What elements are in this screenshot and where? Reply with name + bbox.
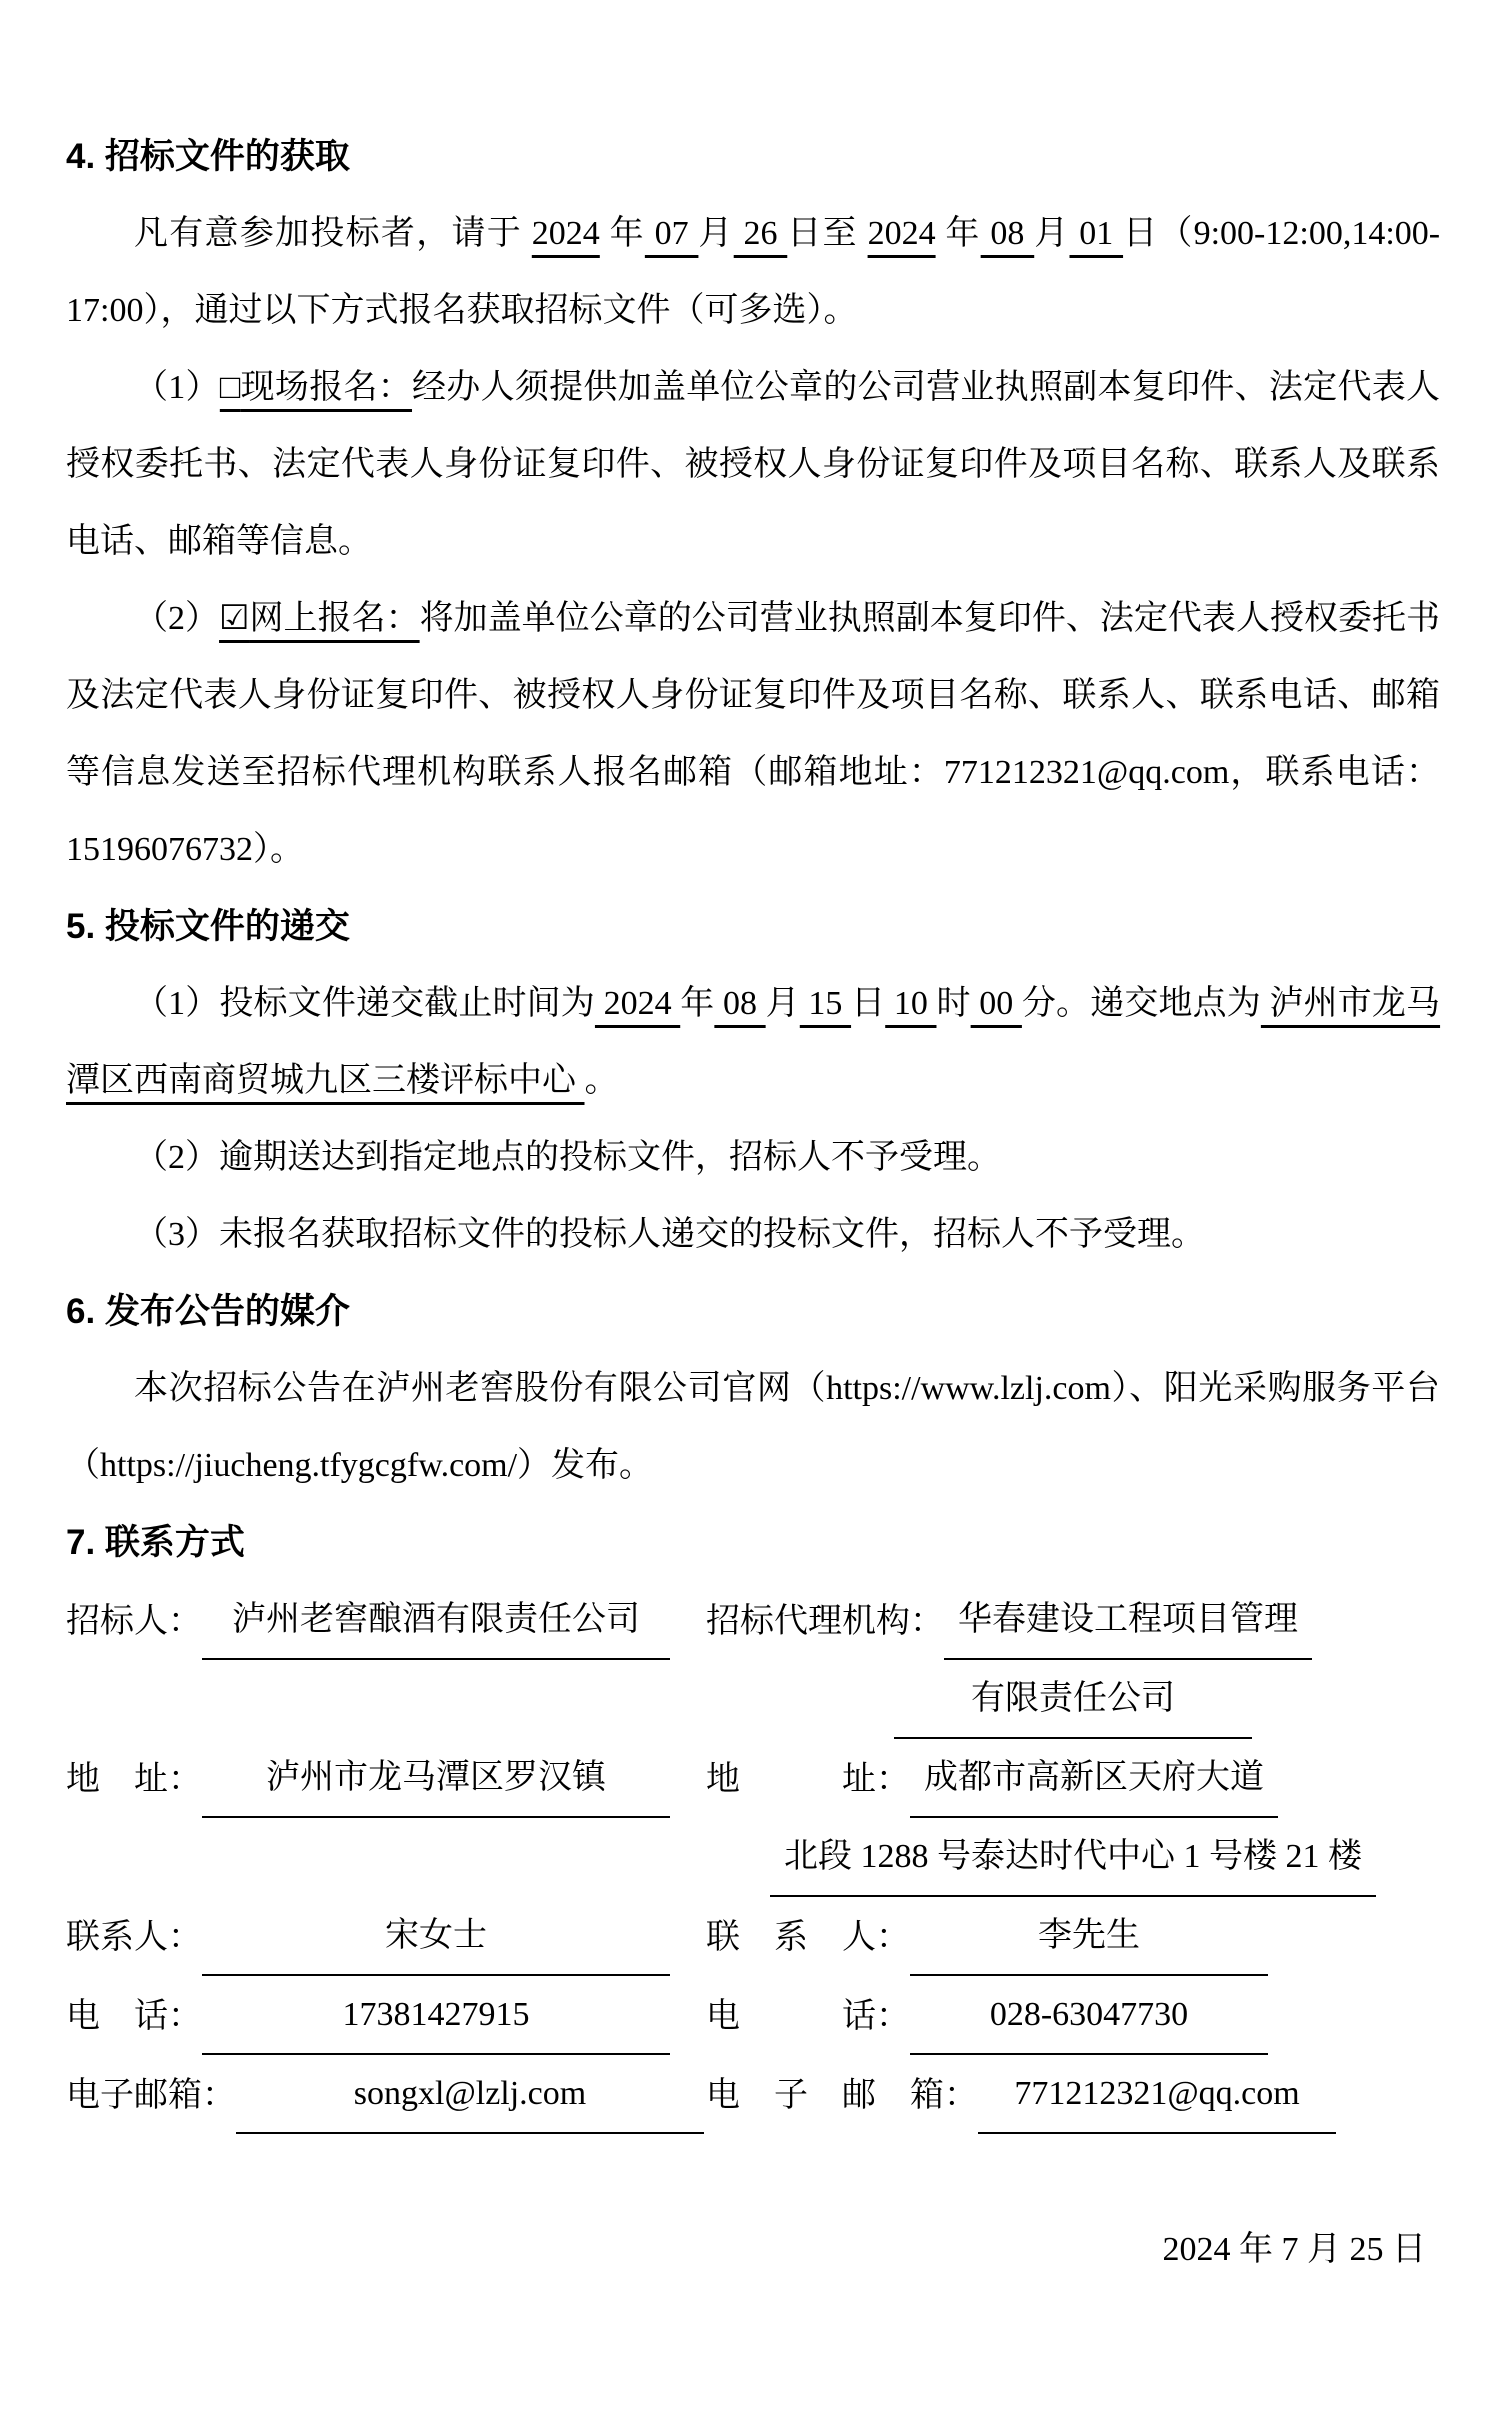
agency-name-field: 招标代理机构：华春建设工程项目管理 有限责任公司	[706, 1581, 1440, 1739]
text-segment: 将加盖单位公章的公司营业执照副本复印件、法定代表人授权委托书及法定代表人身份证复…	[66, 600, 1440, 868]
field-value: 宋女士	[202, 1897, 670, 1976]
text-segment: 26	[734, 215, 788, 252]
field-label: 电 话：	[66, 1998, 202, 2035]
agency-email-field: 电 子 邮 箱：771212321@qq.com	[706, 2055, 1440, 2134]
text-segment: 年	[600, 215, 645, 252]
text-segment: （1）	[134, 369, 220, 406]
field-label: 联 系 人：	[706, 1919, 910, 1956]
section-6-announcement-media: 6. 发布公告的媒介 本次招标公告在泸州老窖股份有限公司官网（https://w…	[66, 1273, 1440, 1504]
text-segment: 时	[936, 985, 970, 1022]
text-segment: 现场报名：	[241, 369, 412, 406]
tenderer-address-field: 地 址：泸州市龙马潭区罗汉镇	[66, 1739, 706, 1897]
agency-contact-person-field: 联 系 人：李先生	[706, 1897, 1440, 1976]
paragraph: 本次招标公告在泸州老窖股份有限公司官网（https://www.lzlj.com…	[66, 1350, 1440, 1504]
text-segment: 。	[585, 1062, 619, 1099]
text-segment: 年	[936, 215, 981, 252]
field-label: 电 话：	[706, 1998, 910, 2035]
field-value: 17381427915	[202, 1976, 670, 2055]
field-value-wrap: 北段 1288 号泰达时代中心 1 号楼 21 楼	[770, 1818, 1376, 1897]
text-segment: 2024	[868, 215, 936, 252]
field-label: 地 址：	[66, 1761, 202, 1798]
text-segment: 01	[1070, 215, 1124, 252]
text-segment: 08	[981, 215, 1035, 252]
section-5-bid-submission: 5. 投标文件的递交 （1）投标文件递交截止时间为 2024 年 08 月 15…	[66, 888, 1440, 1273]
text-segment: 2024	[595, 985, 680, 1022]
text-segment: 凡有意参加投标者，请于	[134, 215, 532, 252]
field-value: 李先生	[910, 1897, 1268, 1976]
contact-row-tenderer-agency: 招标人：泸州老窖酿酒有限责任公司 招标代理机构：华春建设工程项目管理 有限责任公…	[66, 1581, 1440, 1739]
field-label: 招标代理机构：	[706, 1603, 944, 1640]
contact-row-person: 联系人：宋女士 联 系 人：李先生	[66, 1897, 1440, 1976]
tenderer-email-field: 电子邮箱：songxl@lzlj.com	[66, 2055, 706, 2134]
section-heading: 5. 投标文件的递交	[66, 888, 1440, 965]
section-heading: 7. 联系方式	[66, 1504, 1440, 1581]
document-page: 4. 招标文件的获取 凡有意参加投标者，请于 2024 年 07 月 26 日至…	[0, 0, 1500, 2435]
paragraph: （2）逾期送达到指定地点的投标文件，招标人不予受理。	[66, 1119, 1440, 1196]
text-segment: （3）未报名获取招标文件的投标人递交的投标文件，招标人不予受理。	[134, 1216, 1205, 1253]
document-date: 2024 年 7 月 25 日	[66, 2211, 1440, 2288]
paragraph: （3）未报名获取招标文件的投标人递交的投标文件，招标人不予受理。	[66, 1196, 1440, 1273]
text-segment: 分。递交地点为	[1022, 985, 1261, 1022]
checkbox-unchecked-icon: □	[220, 369, 241, 406]
text-segment: 网上报名：	[250, 600, 420, 637]
checkbox-checked-icon: ☑	[219, 600, 249, 637]
paragraph: （1）投标文件递交截止时间为 2024 年 08 月 15 日 10 时 00 …	[66, 965, 1440, 1119]
section-heading: 6. 发布公告的媒介	[66, 1273, 1440, 1350]
section-4-obtaining-bid-documents: 4. 招标文件的获取 凡有意参加投标者，请于 2024 年 07 月 26 日至…	[66, 118, 1440, 888]
text-segment: 08	[714, 985, 765, 1022]
agency-address-field: 地 址：成都市高新区天府大道 北段 1288 号泰达时代中心 1 号楼 21 楼	[706, 1739, 1440, 1897]
text-segment: 月	[1034, 215, 1069, 252]
field-value-wrap: 有限责任公司	[894, 1660, 1252, 1739]
text-segment: 日	[851, 985, 885, 1022]
field-label: 电 子 邮 箱：	[706, 2077, 978, 2114]
agency-phone-field: 电 话：028-63047730	[706, 1976, 1440, 2055]
text-segment: 月	[766, 985, 800, 1022]
text-segment: 00	[971, 985, 1022, 1022]
text-segment: （2）逾期送达到指定地点的投标文件，招标人不予受理。	[134, 1139, 1001, 1176]
field-value: 华春建设工程项目管理	[944, 1581, 1312, 1660]
field-value: 成都市高新区天府大道	[910, 1739, 1278, 1818]
text-segment: 2024	[532, 215, 600, 252]
field-label: 电子邮箱：	[66, 2077, 236, 2114]
field-value: 771212321@qq.com	[978, 2055, 1336, 2134]
tenderer-name-field: 招标人：泸州老窖酿酒有限责任公司	[66, 1581, 706, 1739]
section-heading: 4. 招标文件的获取	[66, 118, 1440, 195]
paragraph: （1）□现场报名：经办人须提供加盖单位公章的公司营业执照副本复印件、法定代表人授…	[66, 349, 1440, 580]
tenderer-contact-person-field: 联系人：宋女士	[66, 1897, 706, 1976]
contact-row-email: 电子邮箱：songxl@lzlj.com 电 子 邮 箱：771212321@q…	[66, 2055, 1440, 2134]
field-value: 泸州市龙马潭区罗汉镇	[202, 1739, 670, 1818]
field-value: 028-63047730	[910, 1976, 1268, 2055]
text-segment: 本次招标公告在泸州老窖股份有限公司官网（https://www.lzlj.com…	[66, 1370, 1440, 1484]
contact-row-phone: 电 话：17381427915 电 话：028-63047730	[66, 1976, 1440, 2055]
paragraph: （2）☑网上报名：将加盖单位公章的公司营业执照副本复印件、法定代表人授权委托书及…	[66, 580, 1440, 888]
field-label: 地 址：	[706, 1761, 910, 1798]
field-label: 招标人：	[66, 1603, 202, 1640]
text-segment: （1）投标文件递交截止时间为	[134, 985, 595, 1022]
contact-row-address: 地 址：泸州市龙马潭区罗汉镇 地 址：成都市高新区天府大道 北段 1288 号泰…	[66, 1739, 1440, 1897]
text-segment: 10	[885, 985, 936, 1022]
text-segment: 年	[680, 985, 714, 1022]
text-segment: （2）	[134, 600, 219, 637]
section-7-contact-info: 7. 联系方式 招标人：泸州老窖酿酒有限责任公司 招标代理机构：华春建设工程项目…	[66, 1504, 1440, 2134]
field-label: 联系人：	[66, 1919, 202, 1956]
text-segment: 15	[800, 985, 851, 1022]
field-value: 泸州老窖酿酒有限责任公司	[202, 1581, 670, 1660]
text-segment: 07	[645, 215, 699, 252]
paragraph: 凡有意参加投标者，请于 2024 年 07 月 26 日至 2024 年 08 …	[66, 195, 1440, 349]
tenderer-phone-field: 电 话：17381427915	[66, 1976, 706, 2055]
field-value: songxl@lzlj.com	[236, 2055, 704, 2134]
text-segment: 日至	[787, 215, 867, 252]
text-segment: 月	[698, 215, 733, 252]
